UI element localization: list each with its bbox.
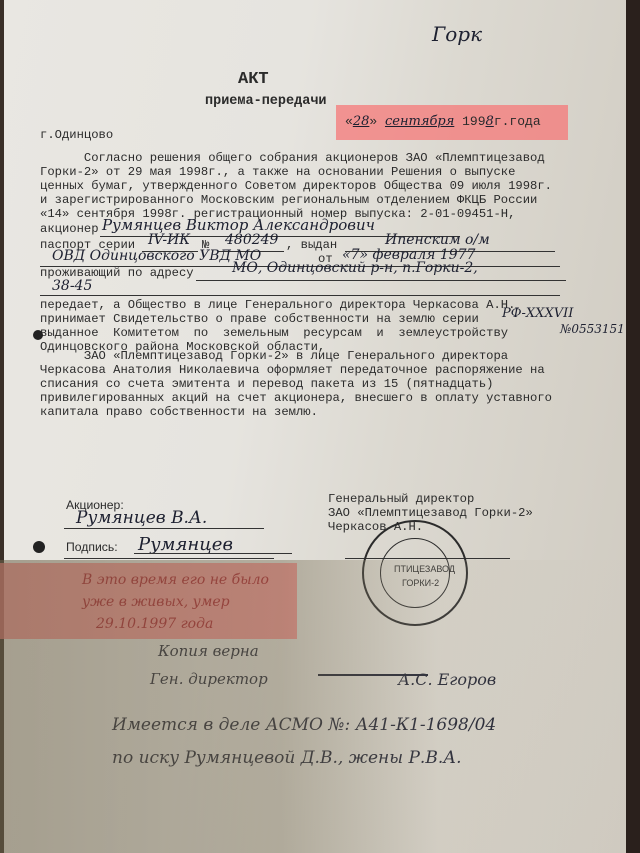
certificate-series: РФ-XXXVII [502,306,573,321]
document-page: Горк АКТ приема-передачи «28» сентября 1… [0,0,626,853]
shareholder-sign-underline [64,528,264,529]
signature-underline-2 [64,558,274,559]
passport-no: 480249 [225,232,278,248]
signature-value: Румянцев [138,534,233,555]
date-month: сентября [385,114,454,129]
paragraph-line: списания со счета эмитента и перевод пак… [40,377,493,391]
shareholder-sign-name: Румянцев В.А. [76,508,207,528]
paragraph-line: и зарегистрированного Московским региона… [40,193,537,207]
paragraph-line: Согласно решения общего собрания акционе… [40,151,545,165]
city: г.Одинцово [40,128,113,142]
date-year-prefix: 199 [462,114,485,129]
director-signature: А.С. Егоров [398,670,496,689]
document-date: «28» сентября 1998г.года [345,114,541,129]
paragraph-line: капитала право собственности на землю. [40,405,318,419]
date-day: 28 [353,114,370,129]
signature-underline [134,553,292,554]
case-note-2: по иску Румянцевой Д.В., жены Р.В.А. [112,748,462,768]
paragraph-line: Горки-2» от 29 мая 1998г., а также на ос… [40,165,515,179]
page-edge [0,0,4,853]
annotation-line-3: 29.10.1997 года [96,616,213,632]
stamp-text-1: ПТИЦЕЗАВОД [394,564,455,574]
address-value: МО, Одинцовский р-н, п.Горки-2, [232,260,478,276]
certificate-number: №0553151 [560,322,625,336]
annotation-line-1: В это время его не было [82,572,269,588]
stamp-text-2: ГОРКИ-2 [402,578,439,588]
paragraph-line: Черкасова Анатолия Николаевича оформляет… [40,363,545,377]
annotation-line-2: уже в живых, умер [82,594,230,610]
address-underline-2 [40,295,560,296]
director-line-2: ЗАО «Племптицезавод Горки-2» [328,506,533,520]
paragraph-line: выданное Комитетом по земельным ресурсам… [40,326,508,340]
case-note-1: Имеется в деле АСМО №: А41-К1-1698/04 [112,715,496,735]
document-title: АКТ [238,73,269,87]
signature-label: Подпись: [66,540,118,554]
paragraph-line: принимает Свидетельство о праве собствен… [40,312,479,326]
hole-punch-mark [33,330,43,340]
passport-series: IV-ИК [148,232,190,248]
copy-note-2: Ген. директор [150,670,268,688]
top-signature: Горк [432,22,482,46]
hole-punch-mark [33,541,45,553]
paragraph-line: ЗАО «Племптицезавод Горки-2» в лице Гене… [40,349,508,363]
shareholder-label: акционер [40,222,99,236]
issued-by: Ипенским о/м [385,232,490,248]
issued-label: , выдан [286,238,337,252]
address-underline [196,280,566,281]
date-suffix: г.года [494,114,541,129]
issued-by-2: ОВД Одинцовского УВД МО [52,248,261,264]
address-value-2: 38-45 [52,278,92,294]
company-stamp: ПТИЦЕЗАВОД ГОРКИ-2 [362,520,468,626]
document-subtitle: приема-передачи [205,95,327,109]
date-year-digit: 8 [486,114,494,129]
paragraph-line: передает, а Общество в лице Генерального… [40,298,515,312]
paragraph-line: привилегированных акций на счет акционер… [40,391,552,405]
director-line-1: Генеральный директор [328,492,474,506]
copy-note-1: Копия верна [158,642,259,660]
paragraph-line: ценных бумаг, утвержденного Советом дире… [40,179,552,193]
